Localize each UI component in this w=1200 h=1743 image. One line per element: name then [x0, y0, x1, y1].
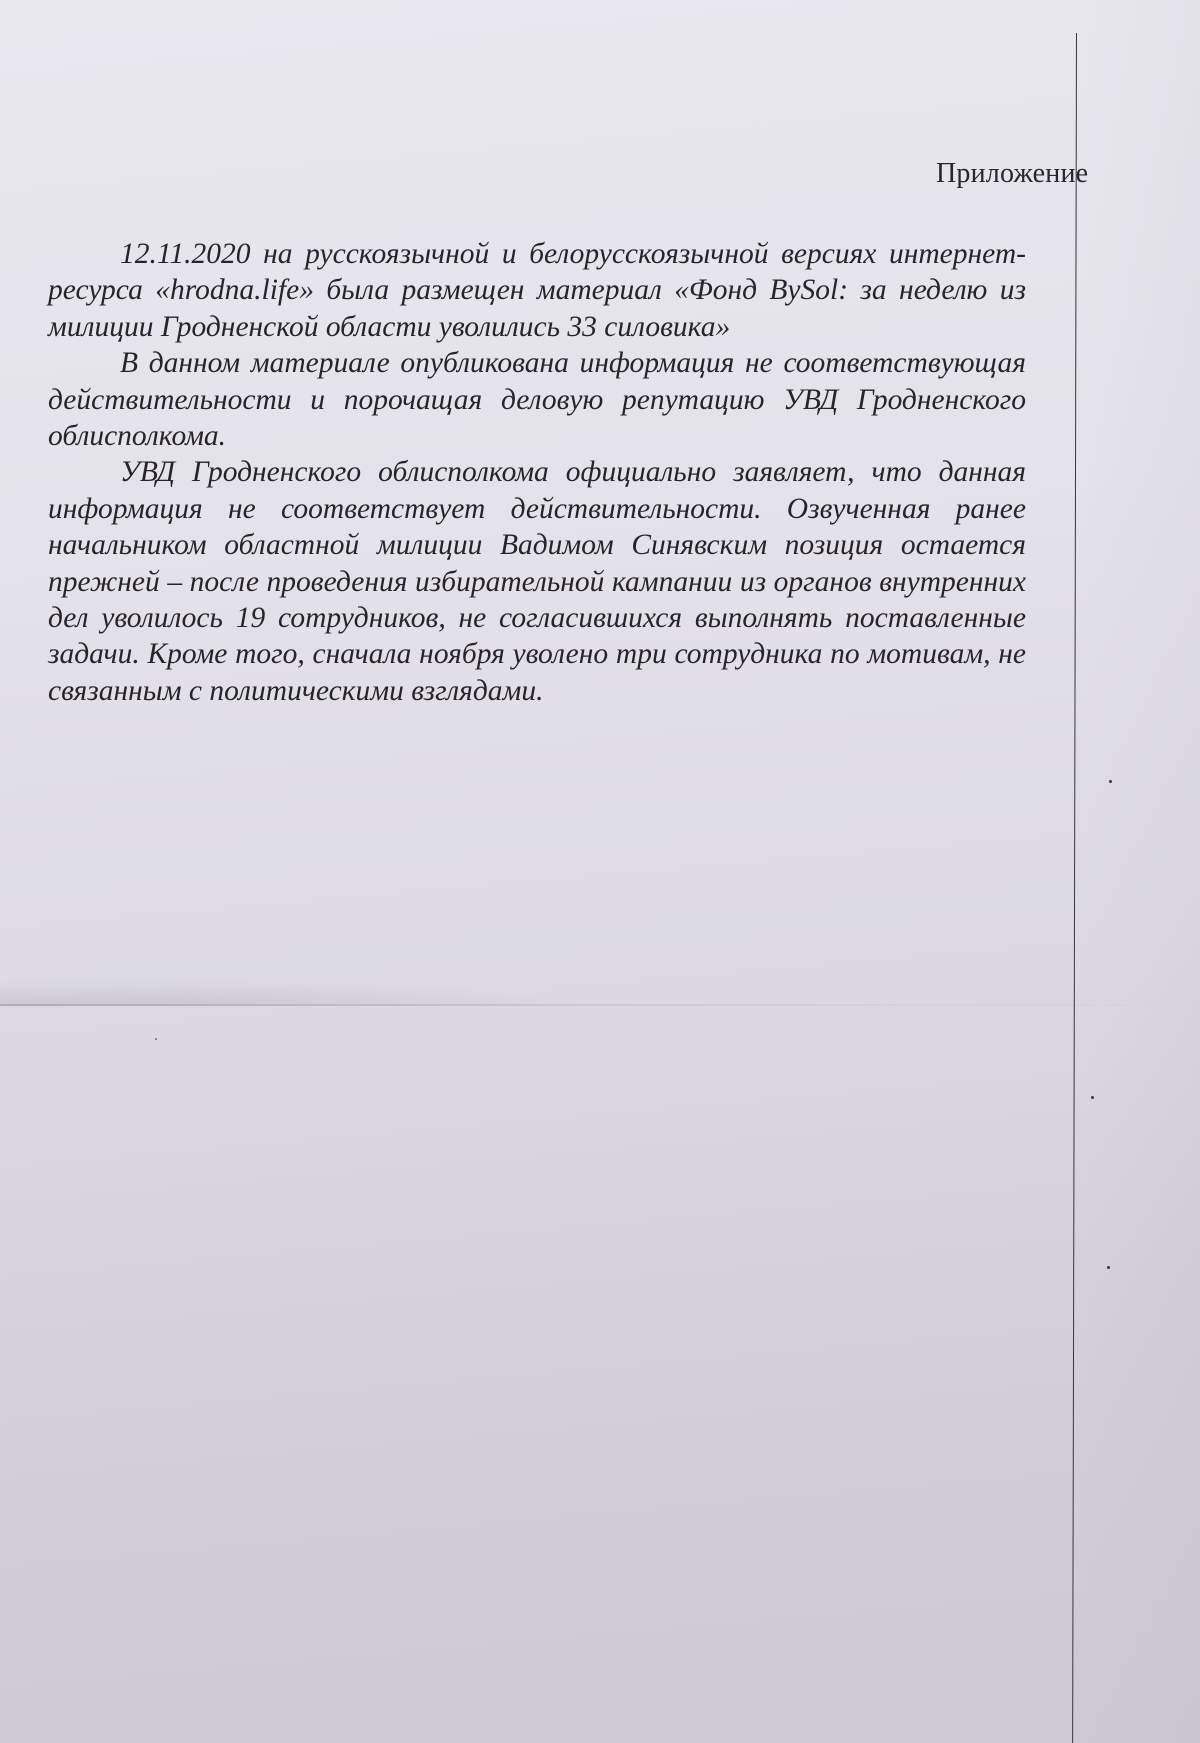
ink-speck [1107, 1266, 1110, 1269]
paragraph-2: В данном материале опубликована информац… [48, 345, 1026, 454]
paper-fold-crease [0, 1004, 1200, 1006]
ink-speck [155, 1038, 157, 1040]
document-heading: Приложение [936, 158, 1088, 190]
paper-sheet: Приложение 12.11.2020 на русскоязычной и… [0, 0, 1200, 1743]
paragraph-1: 12.11.2020 на русскоязычной и белорусско… [48, 236, 1026, 345]
document-body: 12.11.2020 на русскоязычной и белорусско… [48, 236, 1026, 709]
fold-shadow [0, 980, 600, 1006]
paper-shading [1080, 0, 1200, 1743]
ink-speck [1109, 780, 1112, 783]
paragraph-3: УВД Гродненского облисполкома официально… [48, 454, 1026, 709]
margin-vertical-line [1072, 33, 1077, 1743]
ink-speck [1091, 1096, 1094, 1099]
